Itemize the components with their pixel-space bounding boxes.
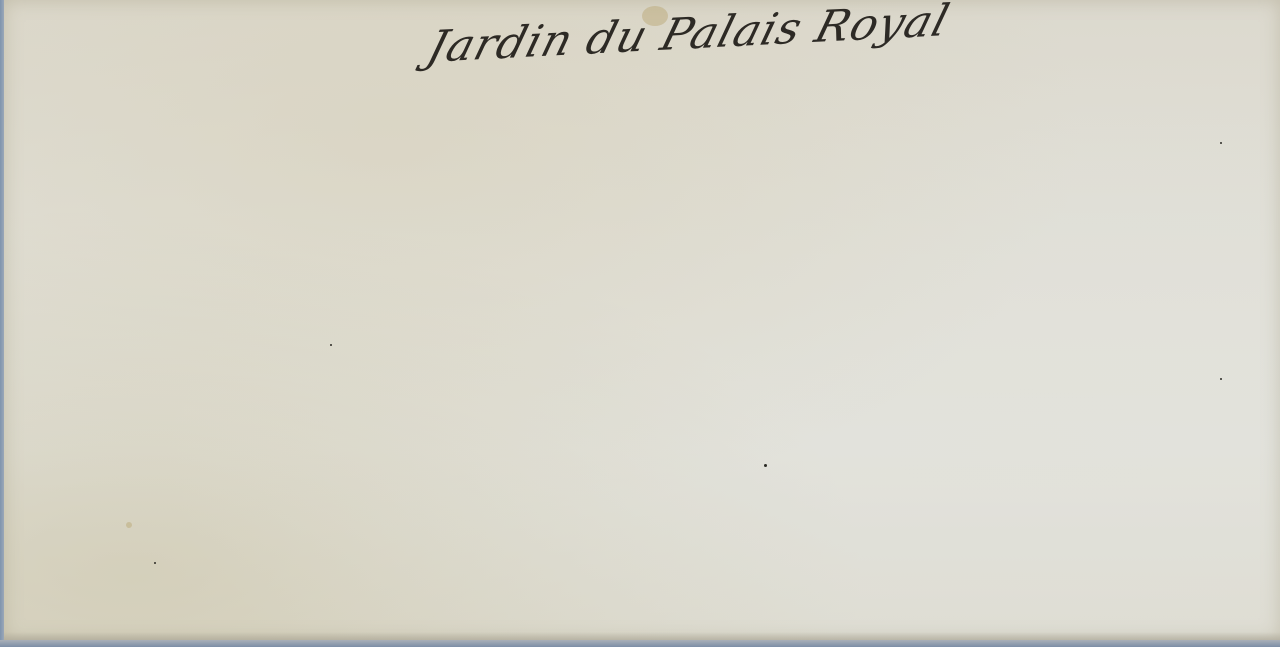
scanned-card: Jardin du Palais Royal [0, 0, 1280, 647]
card-back: Jardin du Palais Royal [4, 0, 1280, 640]
ink-speck [764, 464, 767, 467]
ink-speck [330, 344, 332, 346]
ink-speck [1220, 378, 1222, 380]
scan-background-edge-bottom [0, 640, 1280, 647]
paper-stain [126, 522, 132, 528]
handwritten-caption: Jardin du Palais Royal [408, 0, 1004, 122]
ink-speck [154, 562, 156, 564]
ink-speck [1220, 142, 1222, 144]
